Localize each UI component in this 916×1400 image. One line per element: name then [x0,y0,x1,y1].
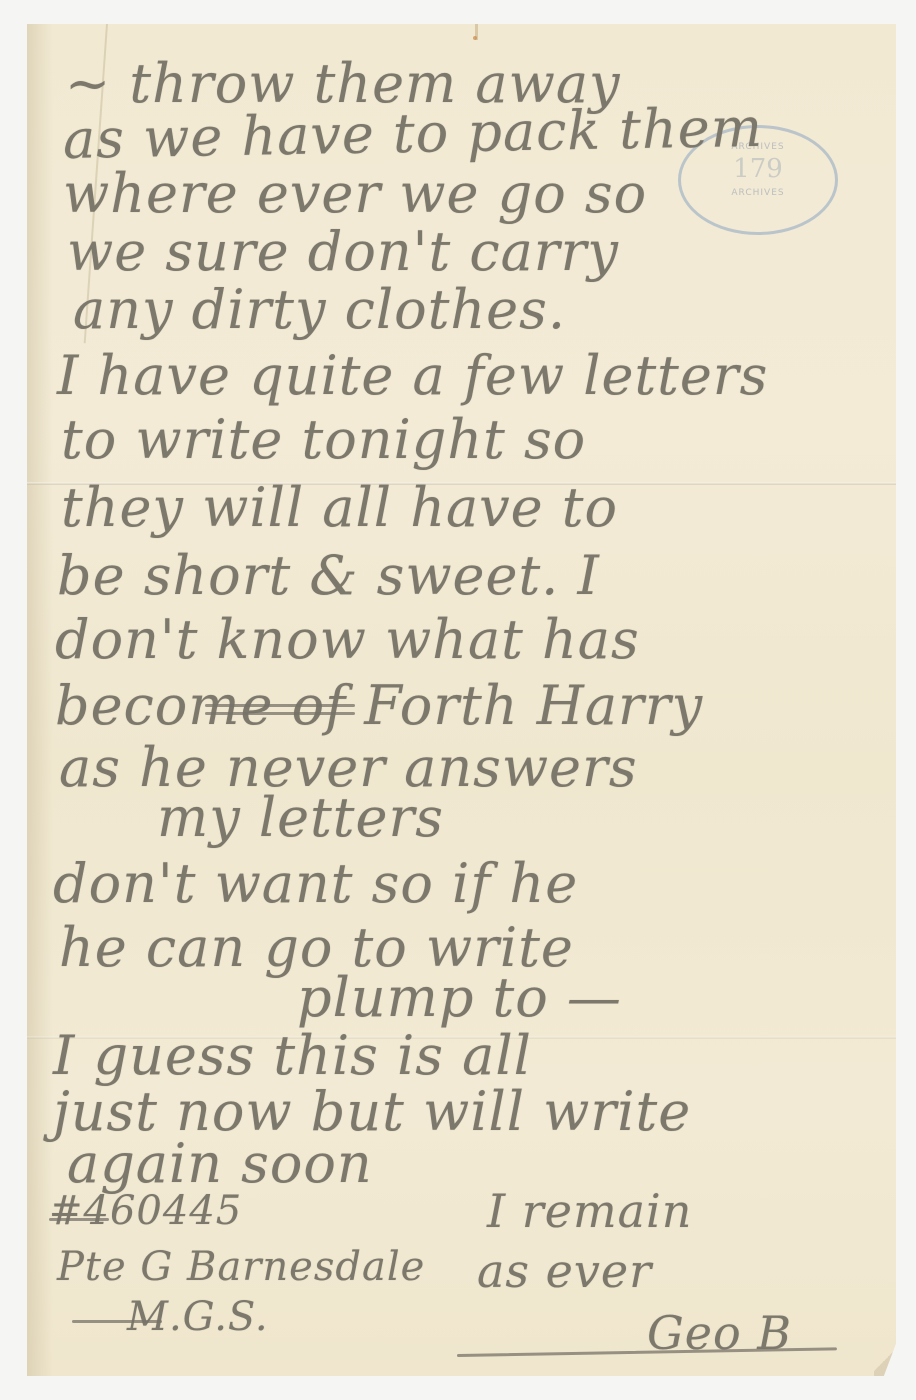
letter-line: I have quite a few letters [57,344,768,407]
letter-line: any dirty clothes. [73,278,566,341]
letter-line: become of Forth Harry [55,674,703,737]
strikethrough-mark [205,712,355,715]
closing-phrase-2: as ever [477,1244,652,1298]
letter-line: don't know what has [55,608,640,671]
sender-unit: M.G.S. [127,1294,269,1340]
closing-phrase: I remain [487,1184,692,1238]
handwritten-text: ~ throw them away as we have to pack the… [27,24,896,1376]
letter-line: my letters [157,786,444,849]
letter-line: again soon [67,1132,373,1195]
sender-name: Pte G Barnesdale [57,1244,425,1290]
letter-line: we sure don't carry [67,220,619,283]
service-number: #460445 [49,1188,242,1234]
letter-line: plump to — [297,966,622,1029]
letter-line: to write tonight so [61,408,586,471]
letter-line: I guess this is all [53,1024,532,1087]
letter-line: as we have to pack them [62,96,763,171]
strikethrough-mark [72,1320,162,1323]
strikethrough-mark [49,1218,109,1221]
scanned-page: ARCHIVES 179 ARCHIVES ~ throw them away … [0,0,916,1400]
letter-line: be short & sweet. I [57,544,600,607]
letter-line: they will all have to [61,476,618,539]
letter-line: don't want so if he [53,852,578,915]
letter-line: where ever we go so [63,162,647,225]
letter-paper: ARCHIVES 179 ARCHIVES ~ throw them away … [27,24,896,1376]
strikethrough-mark [205,704,355,707]
